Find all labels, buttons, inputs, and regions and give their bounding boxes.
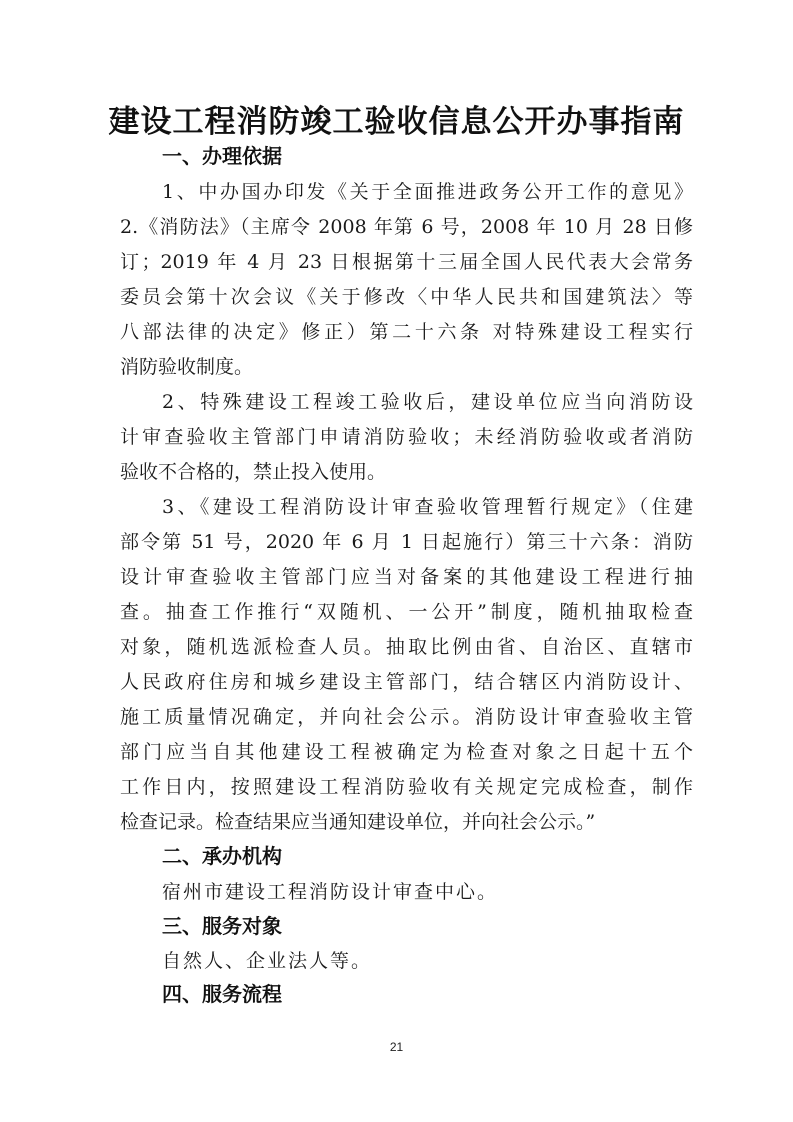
document-page: 建设工程消防竣工验收信息公开办事指南 一、办理依据 1、中办国办印发《关于全面推… xyxy=(0,0,793,1122)
paragraph-line: 八部法律的决定》修正）第二十六条 对特殊建设工程实行 xyxy=(120,317,693,344)
paragraph-line: 施工质量情况确定，并向社会公示。消防设计审查验收主管 xyxy=(120,702,693,729)
section-heading-process: 四、服务流程 xyxy=(162,978,282,1007)
document-title: 建设工程消防竣工验收信息公开办事指南 xyxy=(0,96,793,141)
paragraph-line: 3、《建设工程消防设计审查验收管理暂行规定》（住建 xyxy=(162,492,693,519)
service-target-text: 自然人、企业法人等。 xyxy=(162,946,372,973)
paragraph-line: 对象，随机选派检查人员。抽取比例由省、自治区、直辖市 xyxy=(120,632,693,659)
paragraph-line: 部门应当自其他建设工程被确定为检查对象之日起十五个 xyxy=(120,737,693,764)
paragraph-line: 计审查验收主管部门申请消防验收；未经消防验收或者消防 xyxy=(120,422,693,449)
section-heading-basis: 一、办理依据 xyxy=(162,140,282,169)
paragraph-line: 委员会第十次会议《关于修改〈中华人民共和国建筑法〉等 xyxy=(120,282,693,309)
section-heading-agency: 二、承办机构 xyxy=(162,840,282,869)
paragraph-line: 人民政府住房和城乡建设主管部门，结合辖区内消防设计、 xyxy=(120,667,693,694)
paragraph-line: 工作日内，按照建设工程消防验收有关规定完成检查，制作 xyxy=(120,772,693,799)
paragraph-line: 查。抽查工作推行“双随机、一公开”制度，随机抽取检查 xyxy=(120,597,693,624)
section-heading-service-target: 三、服务对象 xyxy=(162,910,282,939)
paragraph-line: 部令第 51 号，2020 年 6 月 1 日起施行）第三十六条：消防 xyxy=(120,527,693,554)
paragraph-line: 验收不合格的，禁止投入使用。 xyxy=(120,457,693,484)
paragraph-line: 设计审查验收主管部门应当对备案的其他建设工程进行抽 xyxy=(120,562,693,589)
paragraph-line: 消防验收制度。 xyxy=(120,352,693,379)
paragraph-line: 检查记录。检查结果应当通知建设单位，并向社会公示。” xyxy=(120,807,693,834)
paragraph-line: 2、特殊建设工程竣工验收后，建设单位应当向消防设 xyxy=(162,387,693,414)
paragraph-line: 订；2019 年 4 月 23 日根据第十三届全国人民代表大会常务 xyxy=(120,247,693,274)
paragraph-line: 1、中办国办印发《关于全面推进政务公开工作的意见》 xyxy=(162,177,693,204)
page-number: 21 xyxy=(0,1040,793,1054)
paragraph-line: 2.《消防法》（主席令 2008 年第 6 号，2008 年 10 月 28 日… xyxy=(120,212,693,239)
agency-text: 宿州市建设工程消防设计审查中心。 xyxy=(162,877,498,904)
